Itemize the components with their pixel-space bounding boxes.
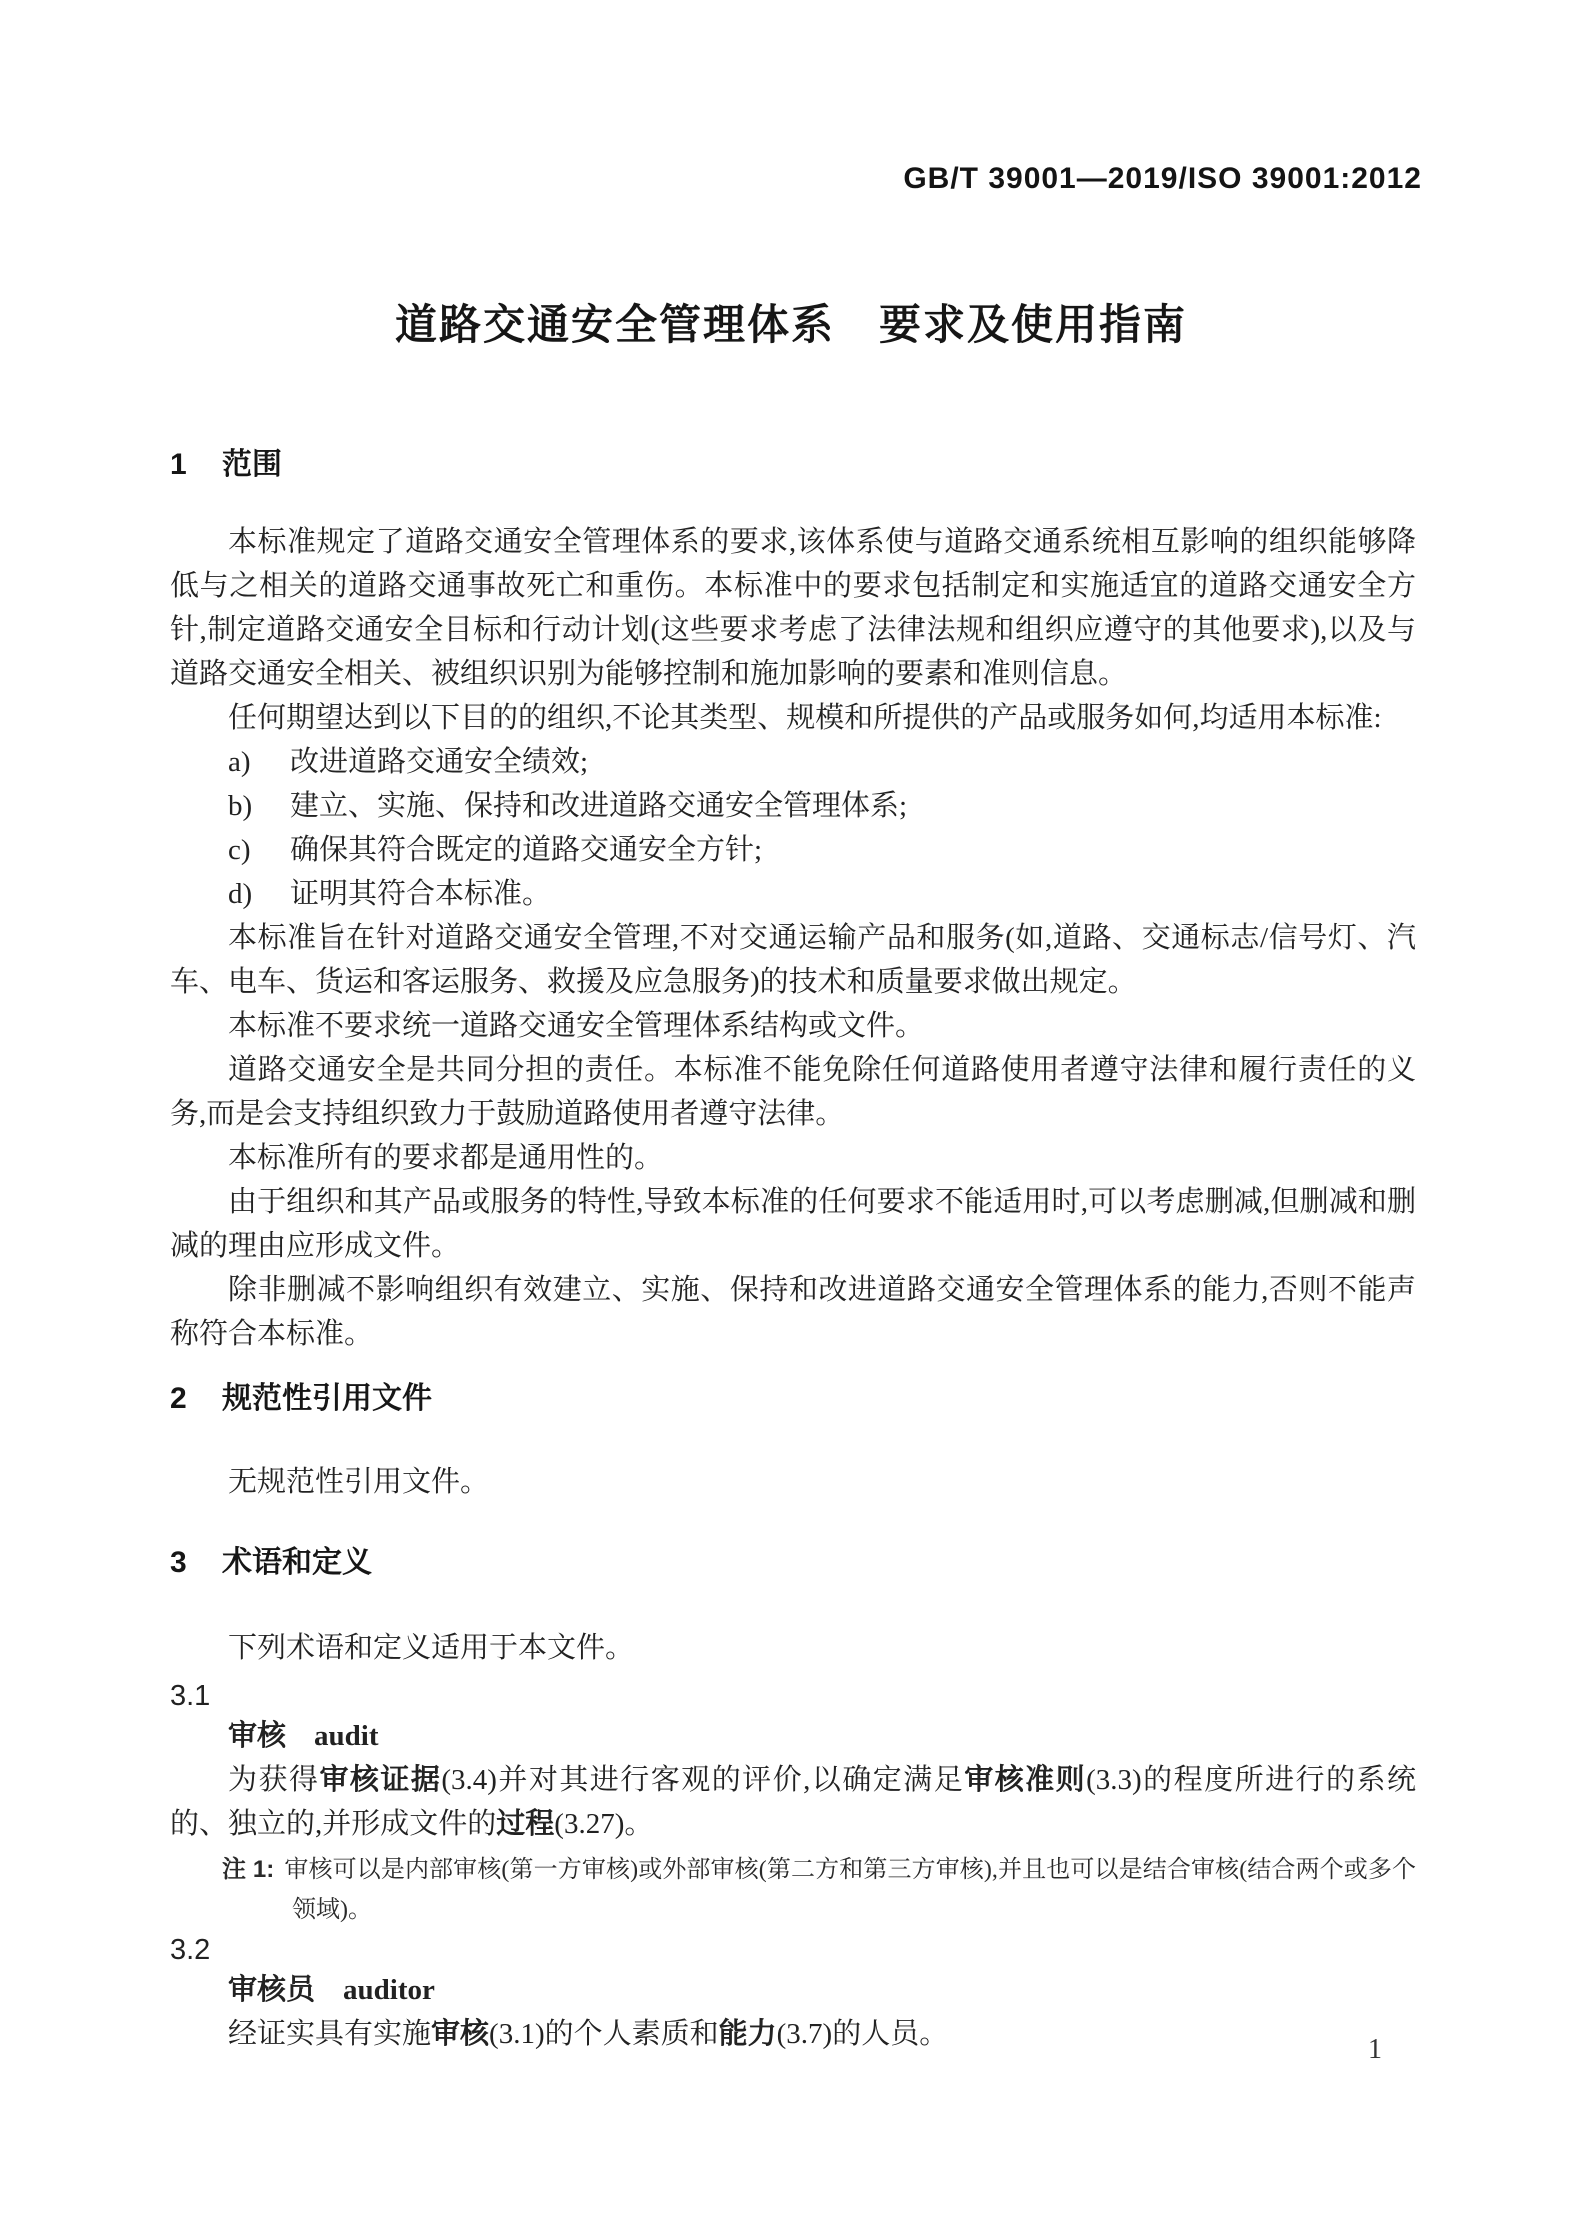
- definition-text: (3.7)的人员。: [777, 2018, 949, 2050]
- list-text: 证明其符合本标准。: [290, 878, 551, 910]
- list-text: 确保其符合既定的道路交通安全方针;: [290, 834, 762, 866]
- section-1-paragraph: 本标准不要求统一道路交通安全管理体系结构或文件。: [170, 1004, 1416, 1048]
- definition-bold-term: 过程: [496, 1808, 554, 1840]
- document-page: GB/T 39001—2019/ISO 39001:2012 道路交通安全管理体…: [0, 0, 1582, 2238]
- section-1-paragraph: 除非删减不影响组织有效建立、实施、保持和改进道路交通安全管理体系的能力,否则不能…: [170, 1268, 1416, 1356]
- list-label: c): [228, 828, 290, 872]
- section-1-paragraph: 由于组织和其产品或服务的特性,导致本标准的任何要求不能适用时,可以考虑删减,但删…: [170, 1180, 1416, 1268]
- list-text: 建立、实施、保持和改进道路交通安全管理体系;: [290, 790, 907, 822]
- definition-bold-term: 审核证据: [319, 1764, 441, 1796]
- definition-text: 为获得: [228, 1764, 319, 1796]
- section-1-title: 范围: [222, 448, 282, 481]
- definition-bold-term: 审核准则: [964, 1764, 1086, 1796]
- section-1-paragraph: 本标准所有的要求都是通用性的。: [170, 1136, 1416, 1180]
- section-1-paragraph: 本标准旨在针对道路交通安全管理,不对交通运输产品和服务(如,道路、交通标志/信号…: [170, 916, 1416, 1004]
- term-3-2-zh: 审核员: [228, 1974, 315, 2006]
- list-text: 改进道路交通安全绩效;: [290, 746, 588, 778]
- list-item-a: a)改进道路交通安全绩效;: [170, 740, 1416, 784]
- note-label: 注 1:: [222, 1856, 284, 1883]
- term-3-1-number: 3.1: [170, 1678, 1416, 1714]
- section-3-intro: 下列术语和定义适用于本文件。: [170, 1626, 1416, 1670]
- term-3-2-definition: 经证实具有实施审核(3.1)的个人素质和能力(3.7)的人员。: [170, 2012, 1416, 2056]
- definition-bold-term: 能力: [719, 2018, 777, 2050]
- section-1-number: 1: [170, 448, 222, 482]
- list-label: b): [228, 784, 290, 828]
- term-3-2-heading: 审核员auditor: [170, 1968, 1416, 2012]
- document-body: 1范围 本标准规定了道路交通安全管理体系的要求,该体系使与道路交通系统相互影响的…: [170, 448, 1416, 2056]
- definition-text: (3.4)并对其进行客观的评价,以确定满足: [441, 1764, 964, 1796]
- section-2-heading: 2规范性引用文件: [170, 1382, 1416, 1416]
- section-1-heading: 1范围: [170, 448, 1416, 482]
- definition-bold-term: 审核: [431, 2018, 489, 2050]
- section-2-title: 规范性引用文件: [222, 1382, 432, 1415]
- list-item-b: b)建立、实施、保持和改进道路交通安全管理体系;: [170, 784, 1416, 828]
- term-3-1-zh: 审核: [228, 1720, 286, 1752]
- term-3-1-en: audit: [314, 1720, 378, 1752]
- section-3-number: 3: [170, 1546, 222, 1580]
- term-3-1-note: 注 1:审核可以是内部审核(第一方审核)或外部审核(第二方和第三方审核),并且也…: [222, 1850, 1416, 1930]
- section-2-paragraph: 无规范性引用文件。: [170, 1460, 1416, 1504]
- term-3-1-definition: 为获得审核证据(3.4)并对其进行客观的评价,以确定满足审核准则(3.3)的程度…: [170, 1758, 1416, 1846]
- list-label: d): [228, 872, 290, 916]
- page-number: 1: [1368, 2034, 1382, 2066]
- list-item-c: c)确保其符合既定的道路交通安全方针;: [170, 828, 1416, 872]
- term-3-1-heading: 审核audit: [170, 1714, 1416, 1758]
- section-1-paragraph: 道路交通安全是共同分担的责任。本标准不能免除任何道路使用者遵守法律和履行责任的义…: [170, 1048, 1416, 1136]
- note-text: 审核可以是内部审核(第一方审核)或外部审核(第二方和第三方审核),并且也可以是结…: [284, 1857, 1416, 1923]
- document-title: 道路交通安全管理体系 要求及使用指南: [0, 292, 1582, 352]
- section-1-paragraph: 本标准规定了道路交通安全管理体系的要求,该体系使与道路交通系统相互影响的组织能够…: [170, 520, 1416, 696]
- definition-text: (3.27)。: [554, 1808, 653, 1840]
- definition-text: (3.1)的个人素质和: [489, 2018, 719, 2050]
- term-3-2-en: auditor: [343, 1974, 435, 2006]
- section-2-number: 2: [170, 1382, 222, 1416]
- list-item-d: d)证明其符合本标准。: [170, 872, 1416, 916]
- section-3-heading: 3术语和定义: [170, 1546, 1416, 1580]
- list-label: a): [228, 740, 290, 784]
- standard-code-header: GB/T 39001—2019/ISO 39001:2012: [903, 162, 1422, 196]
- section-3-title: 术语和定义: [222, 1546, 372, 1579]
- definition-text: 经证实具有实施: [228, 2018, 431, 2050]
- term-3-2-number: 3.2: [170, 1932, 1416, 1968]
- section-1-paragraph: 任何期望达到以下目的的组织,不论其类型、规模和所提供的产品或服务如何,均适用本标…: [170, 696, 1416, 740]
